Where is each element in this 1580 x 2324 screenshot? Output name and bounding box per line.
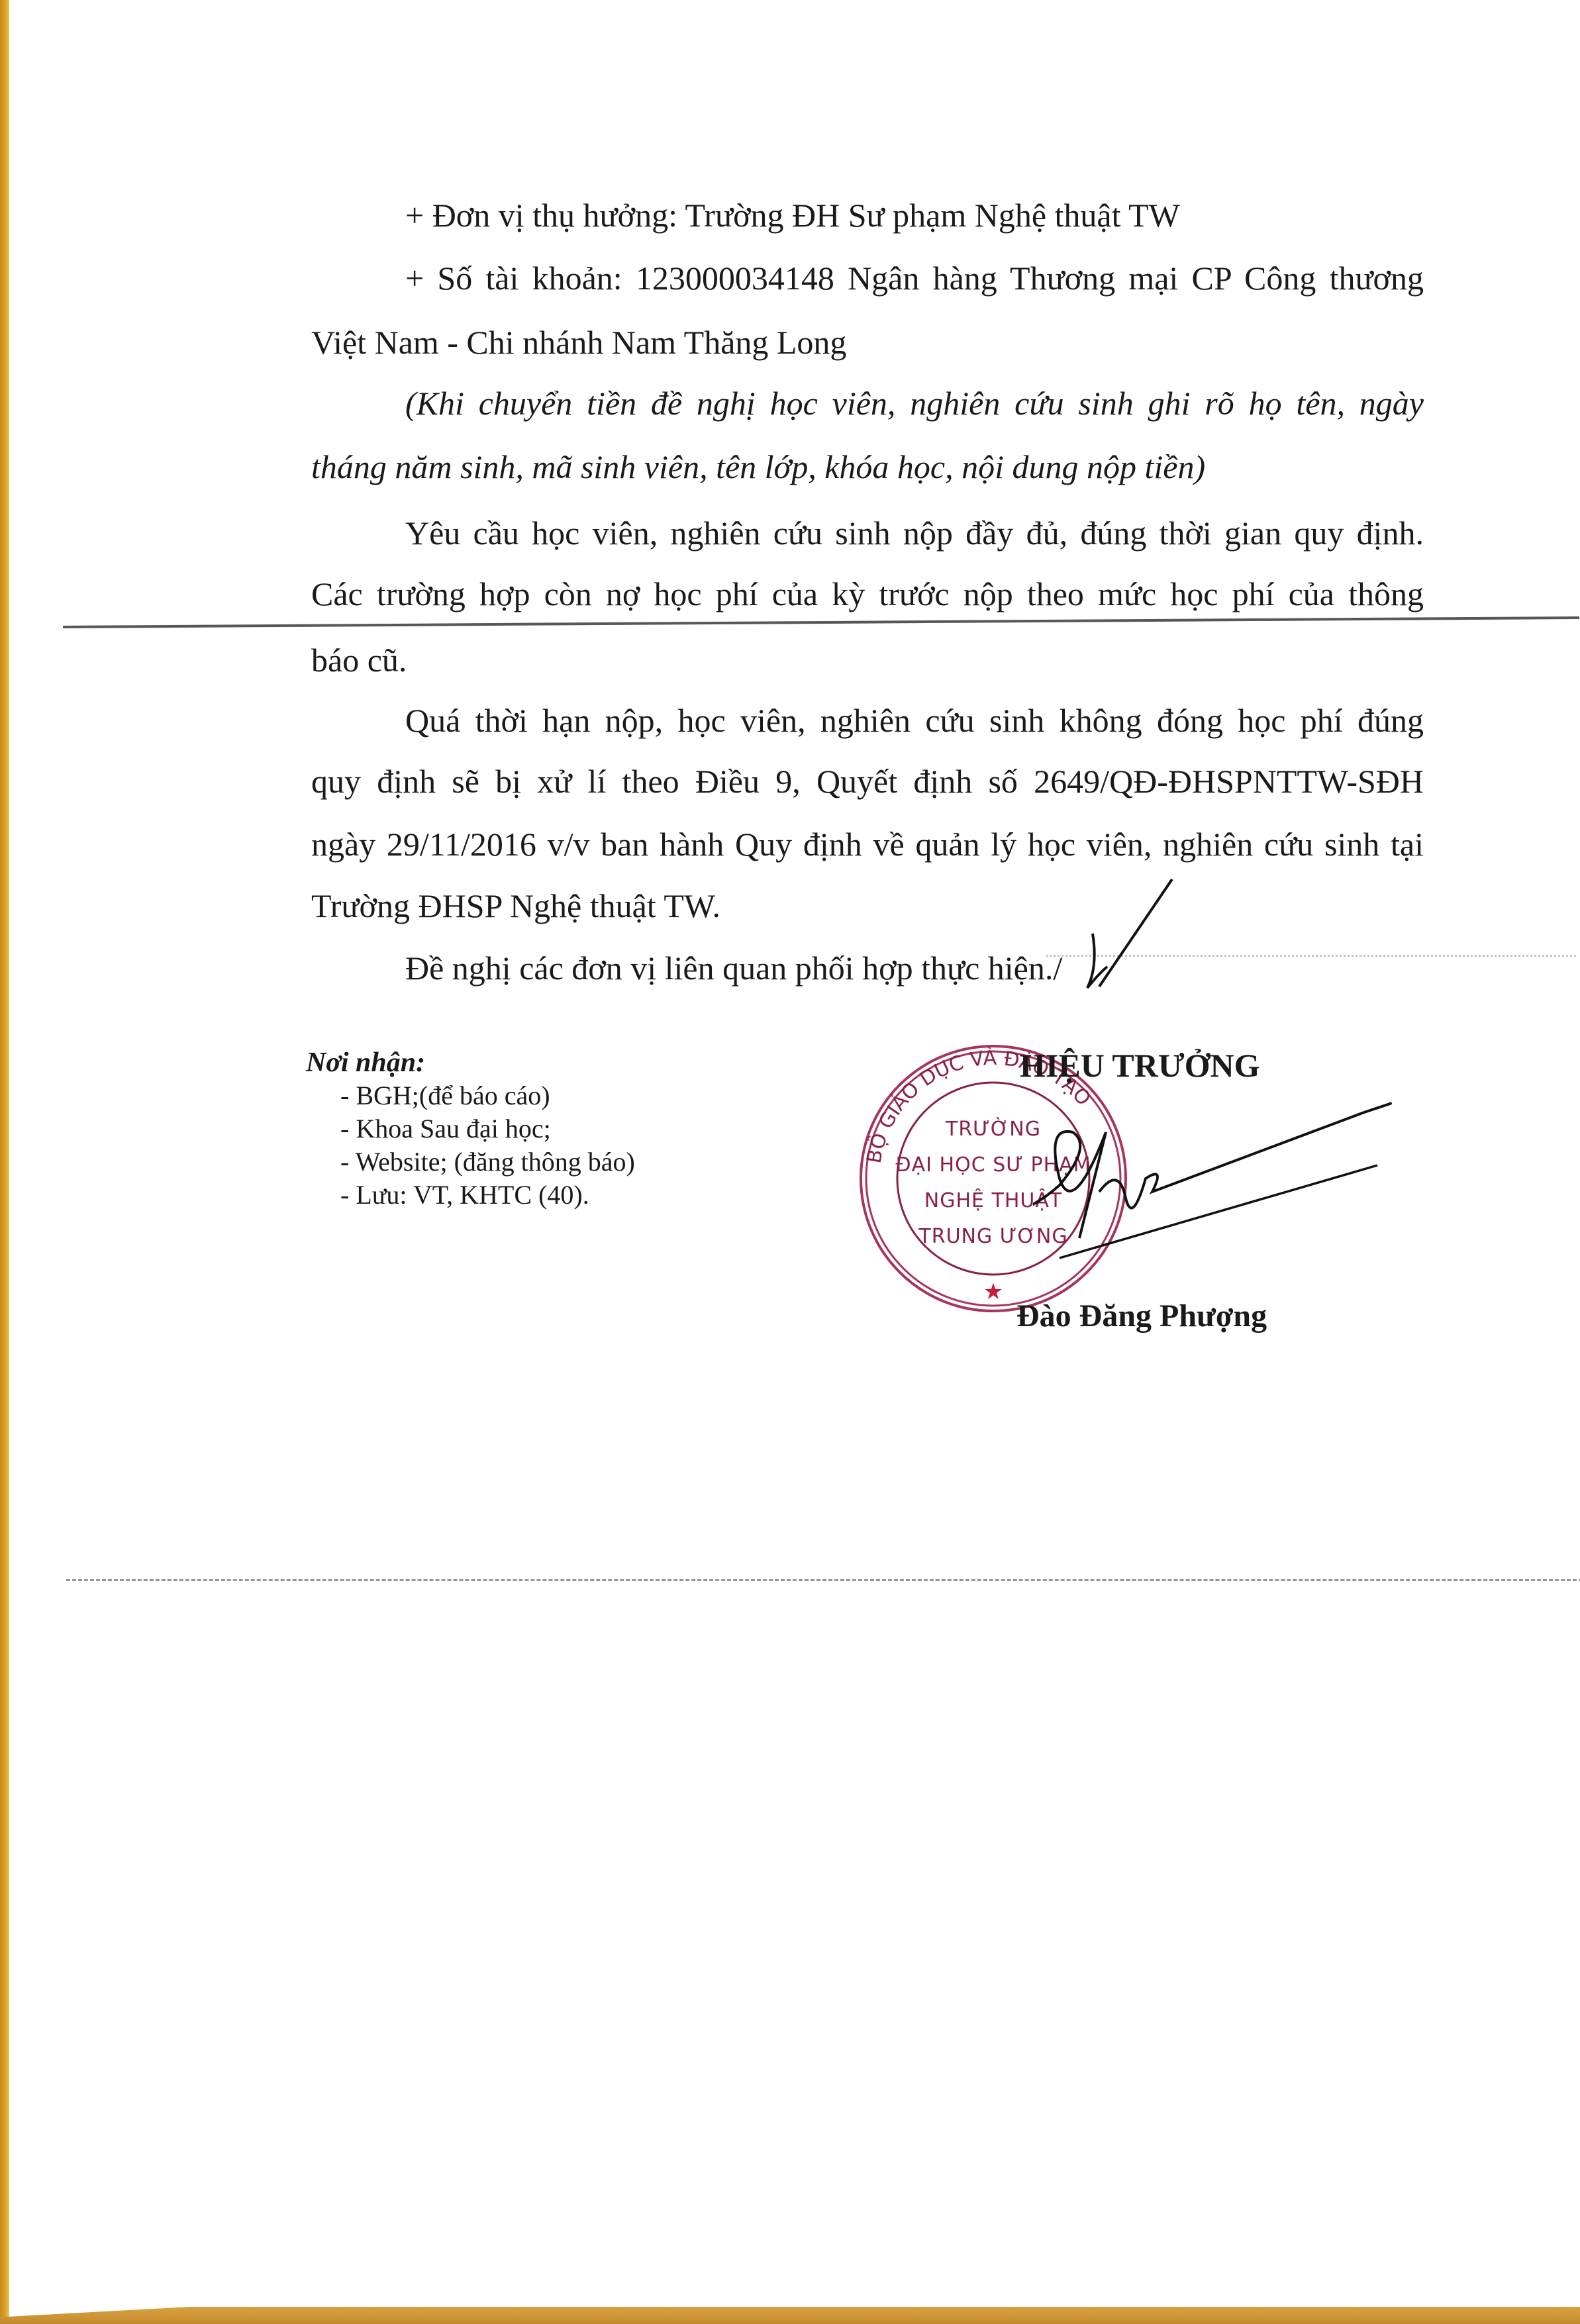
overdue-line-1: Quá thời hạn nộp, học viên, nghiên cứu s… — [405, 704, 1424, 737]
beneficiary-line: + Đơn vị thụ hưởng: Trường ĐH Sư phạm Ng… — [405, 199, 1180, 232]
closing-line: Đề nghị các đơn vị liên quan phối hợp th… — [405, 951, 1062, 985]
recipient-item: - BGH;(để báo cáo) — [306, 1079, 635, 1112]
overdue-line-2: quy định sẽ bị xử lí theo Điều 9, Quyết … — [311, 765, 1424, 798]
recipient-item: - Lưu: VT, KHTC (40). — [306, 1179, 635, 1212]
recipients-title: Nơi nhận: — [306, 1046, 635, 1079]
transfer-note-line-1: (Khi chuyển tiền đề nghị học viên, nghiê… — [405, 387, 1424, 420]
scan-bottom-edge — [0, 2307, 1580, 2324]
dashed-scan-artifact — [66, 1579, 1580, 1581]
requirement-line-2: Các trường hợp còn nợ học phí của kỳ trư… — [311, 577, 1424, 610]
signatory-title: HIỆU TRƯỞNG — [1020, 1046, 1260, 1085]
account-line-2: Việt Nam - Chi nhánh Nam Thăng Long — [311, 326, 846, 359]
requirement-line-1: Yêu cầu học viên, nghiên cứu sinh nộp đầ… — [405, 516, 1424, 550]
recipient-item: - Website; (đăng thông báo) — [306, 1145, 635, 1179]
overdue-line-3: ngày 29/11/2016 v/v ban hành Quy định về… — [311, 828, 1424, 861]
scan-left-edge — [0, 0, 9, 2324]
signatory-name: Đào Đăng Phượng — [1016, 1298, 1267, 1334]
recipients-block: Nơi nhận: - BGH;(để báo cáo) - Khoa Sau … — [306, 1046, 635, 1212]
transfer-note-line-2: tháng năm sinh, mã sinh viên, tên lớp, k… — [311, 450, 1205, 483]
initial-checkmark-icon — [1073, 874, 1179, 993]
star-icon: ★ — [983, 1280, 1003, 1304]
handwritten-signature-icon — [1033, 1092, 1404, 1278]
horizontal-rule — [63, 616, 1579, 628]
requirement-line-3: báo cũ. — [311, 644, 407, 677]
overdue-line-4: Trường ĐHSP Nghệ thuật TW. — [311, 889, 720, 922]
recipient-item: - Khoa Sau đại học; — [306, 1112, 635, 1145]
account-line-1: + Số tài khoản: 123000034148 Ngân hàng T… — [405, 262, 1424, 295]
